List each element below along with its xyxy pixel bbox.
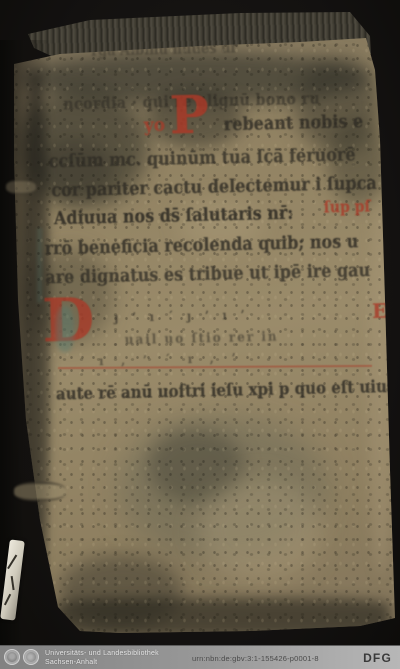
library-name-line2: Sachsen-Anhalt: [45, 659, 159, 668]
rubric-sup-ps: ſup pſ: [324, 198, 371, 217]
university-seal-icon: [23, 649, 39, 665]
digitized-book-scan: rga Albinū nuues ur ncordia · qui re ali…: [0, 0, 400, 669]
library-seal-icon: [4, 649, 20, 665]
manuscript-line: are dignatus es tribue ut ipē ire gau: [45, 259, 370, 288]
initial-d-pigment-core: [56, 306, 74, 352]
label-ink-mark: [7, 555, 17, 570]
manuscript-line: ccſūm mc. quinūm tua ſcā feruorē: [48, 143, 355, 171]
urn-identifier: urn:nbn:de:gbv:3:1-155426-p0001-8: [192, 654, 319, 663]
label-ink-mark: [4, 594, 11, 606]
raised-spine-band: [6, 180, 36, 194]
neume-marks-row: ȷ ʼ ı ´ ȷ ʼ ı ʼ: [114, 308, 249, 326]
book-photo: rga Albinū nuues ur ncordia · qui re ali…: [0, 0, 400, 645]
manuscript-line: aute rē anū uoſtri ieſu xpi p quo eſt ui…: [56, 376, 396, 404]
manuscript-line: Adiuua nos ds̄ ſalutaris nr̄:: [54, 202, 294, 229]
manuscript-line: rebeant nobis e: [224, 110, 364, 134]
footer-bar: Universitäts- und Landesbibliothek Sachs…: [0, 645, 400, 669]
library-name: Universitäts- und Landesbibliothek Sachs…: [45, 650, 159, 667]
red-letter-fragment: E: [372, 299, 388, 323]
manuscript-line: rrō beneficia recolenda quib; nos u: [44, 230, 358, 258]
book-cover: rga Albinū nuues ur ncordia · qui re ali…: [0, 0, 400, 645]
manuscript-line: cor pariter cactu delectemur i ſupca: [51, 172, 377, 201]
library-name-line1: Universitäts- und Landesbibliothek: [45, 650, 159, 659]
dfg-logo: DFG: [363, 651, 392, 665]
raised-spine-band: [14, 482, 66, 501]
label-ink-mark: [11, 576, 15, 590]
manuscript-line: uail uo ſtio rer in: [125, 328, 279, 347]
rubric-before-p: yo: [144, 114, 166, 137]
red-initial-p: P: [169, 85, 209, 147]
